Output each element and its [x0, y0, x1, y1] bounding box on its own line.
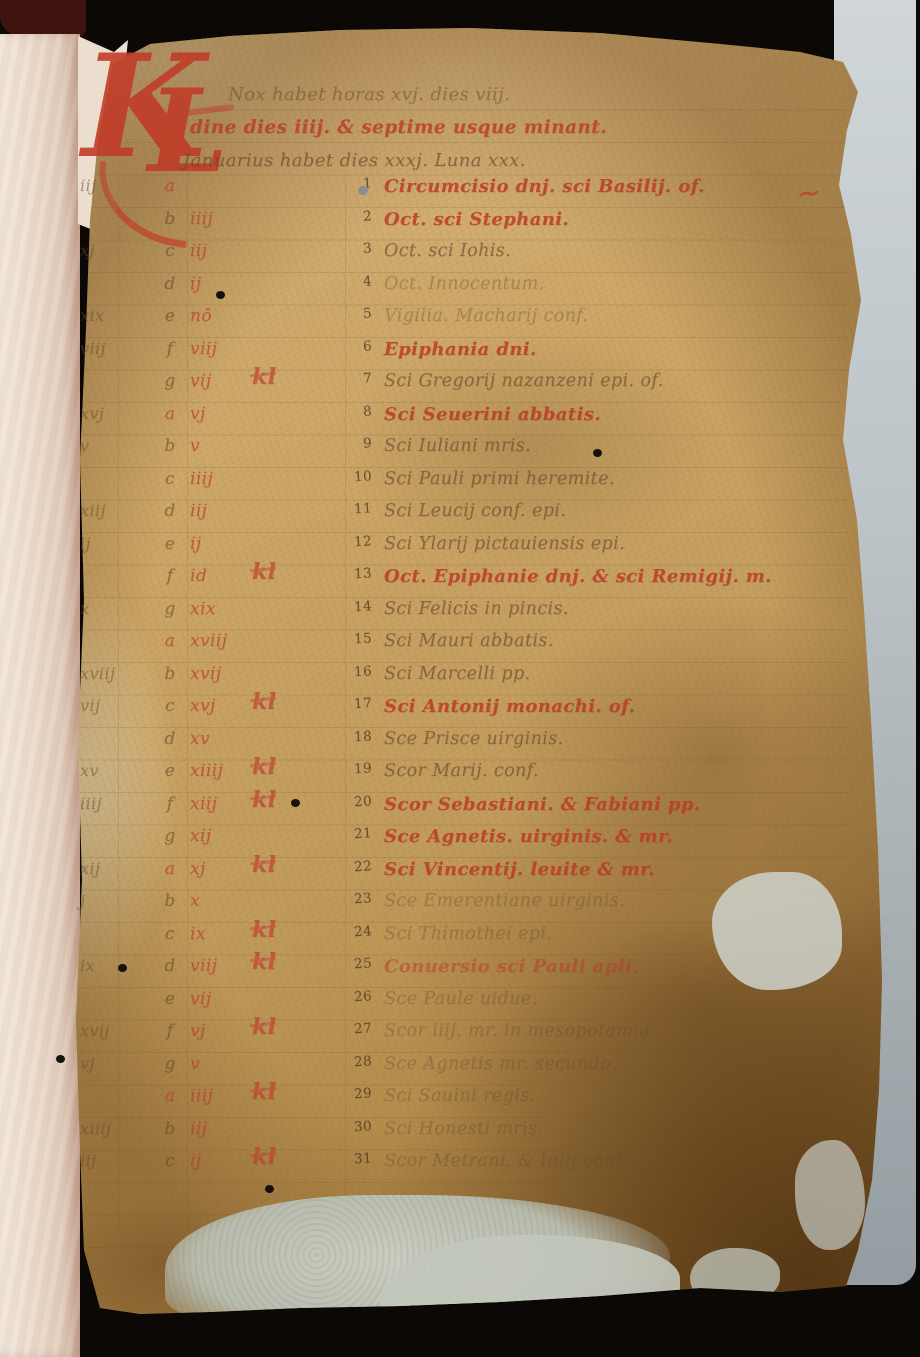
calendar-row: ix d viij kl 25 Conuersio sci Pauli apli…: [0, 956, 920, 989]
day-number: 23: [344, 890, 373, 907]
calendar-row: vj g v kl 28 Sce Agnetis mr. secundo.: [0, 1054, 920, 1087]
dominical-letter: a: [157, 859, 183, 879]
day-number: 24: [344, 923, 373, 940]
wormhole: [118, 964, 127, 972]
dominical-letter: a: [157, 631, 183, 651]
dominical-letter: c: [157, 1151, 183, 1171]
feast-entry: Sce Agnetis. uirginis. & mr.: [384, 826, 673, 847]
day-number: 30: [344, 1118, 373, 1135]
calendar-row: b iiij kl 2 Oct. sci Stephani.: [0, 209, 920, 242]
roman-numeral: vij: [190, 371, 250, 391]
feast-entry: Sci Seuerini abbatis.: [384, 404, 601, 425]
feast-entry: Sci Marcelli pp.: [384, 664, 531, 684]
roman-numeral: ix: [190, 924, 250, 944]
feast-entry: Sci Felicis in pincis.: [384, 599, 569, 619]
day-number: 27: [344, 1020, 373, 1037]
roman-numeral: nō: [190, 306, 250, 326]
roman-numeral: id: [190, 566, 250, 586]
golden-number: xix: [80, 306, 144, 325]
grey-spot: [358, 186, 368, 195]
dominical-letter: c: [157, 469, 183, 489]
day-number: 19: [344, 760, 373, 777]
calendar-row: viij f viij kl 6 Epiphania dni.: [0, 339, 920, 372]
roman-numeral: iiij: [190, 469, 250, 489]
kl-ligature: kl: [252, 917, 276, 943]
day-number: 7: [344, 370, 373, 387]
golden-number: ix: [80, 956, 144, 975]
wormhole: [593, 449, 602, 457]
roman-numeral: xiiij: [190, 761, 250, 781]
calendar-row: a xviij kl 15 Sci Mauri abbatis.: [0, 631, 920, 664]
wormhole: [216, 291, 225, 299]
roman-numeral: vj: [190, 1021, 250, 1041]
calendar-row: xiij d iij kl 11 Sci Leucij conf. epi.: [0, 501, 920, 534]
kl-ligature: kl: [252, 689, 276, 715]
roman-numeral: iiij: [190, 1086, 250, 1106]
kl-ligature: kl: [252, 949, 276, 975]
day-number: 20: [344, 793, 373, 810]
calendar-row: g vij kl 7 Sci Gregorij nazanzeni epi. o…: [0, 371, 920, 404]
feast-entry: Sce Prisce uirginis.: [384, 729, 564, 749]
calendar-row: d ij kl 4 Oct. Innocentum.: [0, 274, 920, 307]
wormhole: [265, 1185, 274, 1193]
feast-entry: Oct. sci Iohis.: [384, 241, 511, 261]
day-number: 22: [344, 858, 373, 875]
roman-numeral: viij: [190, 339, 250, 359]
dominical-letter: g: [157, 599, 183, 619]
kl-ligature: kl: [252, 754, 276, 780]
roman-numeral: v: [190, 436, 250, 456]
roman-numeral: ij: [190, 1151, 250, 1171]
day-number: 29: [344, 1085, 373, 1102]
roman-numeral: xiij: [190, 794, 250, 814]
golden-number: xv: [80, 761, 144, 780]
day-number: 11: [344, 500, 373, 517]
dominical-letter: d: [157, 274, 183, 294]
roman-numeral: xix: [190, 599, 250, 619]
calendar-row: xij a xj kl 22 Sci Vincentij. leuite & m…: [0, 859, 920, 892]
day-number: 14: [344, 598, 373, 615]
day-number: 13: [344, 565, 373, 582]
feast-entry: Sce Agnetis mr. secundo.: [384, 1054, 617, 1074]
golden-number: xj: [80, 241, 144, 260]
day-number: 31: [344, 1150, 373, 1167]
calendar-row: iij a kl 1 Circumcisio dnj. sci Basilij.…: [0, 176, 920, 209]
golden-number: iiij: [80, 794, 144, 813]
calendar-row: xv e xiiij kl 19 Scor Marij. conf.: [0, 761, 920, 794]
dominical-letter: d: [157, 729, 183, 749]
roman-numeral: xvj: [190, 696, 250, 716]
feast-entry: Circumcisio dnj. sci Basilij. of.: [384, 176, 705, 197]
golden-number: viij: [80, 339, 144, 358]
feast-entry: Sci Thimothei epi.: [384, 924, 552, 944]
roman-numeral: vij: [190, 989, 250, 1009]
feast-entry: Scor iiij. mr. in mesopotamia.: [384, 1021, 656, 1041]
calendar-row: g xij kl 21 Sce Agnetis. uirginis. & mr.: [0, 826, 920, 859]
day-number: 26: [344, 988, 373, 1005]
kl-ligature: kl: [252, 1144, 276, 1170]
day-number: 12: [344, 533, 373, 550]
feast-entry: Oct. Epiphanie dnj. & sci Remigij. m.: [384, 566, 772, 587]
feast-entry: Sci Leucij conf. epi.: [384, 501, 566, 521]
dominical-letter: e: [157, 534, 183, 554]
golden-number: x: [80, 599, 144, 618]
calendar-rows: iij a kl 1 Circumcisio dnj. sci Basilij.…: [0, 0, 920, 1357]
dominical-letter: b: [157, 1119, 183, 1139]
roman-numeral: x: [190, 891, 250, 911]
dominical-letter: f: [157, 794, 183, 814]
dominical-letter: f: [157, 566, 183, 586]
dominical-letter: c: [157, 924, 183, 944]
golden-number: xij: [80, 859, 144, 878]
dominical-letter: f: [157, 339, 183, 359]
calendar-row: j b x kl 23 Sce Emerentiane uirginis.: [0, 891, 920, 924]
dominical-letter: b: [157, 436, 183, 456]
kl-ligature: kl: [252, 852, 276, 878]
dominical-letter: a: [157, 1086, 183, 1106]
golden-number: iij: [80, 1151, 144, 1170]
dominical-letter: d: [157, 501, 183, 521]
feast-entry: Conuersio sci Pauli apli.: [384, 956, 639, 977]
dominical-letter: d: [157, 956, 183, 976]
day-number: 28: [344, 1053, 373, 1070]
calendar-row: f id kl 13 Oct. Epiphanie dnj. & sci Rem…: [0, 566, 920, 599]
day-number: 15: [344, 630, 373, 647]
calendar-row: iiij f xiij kl 20 Scor Sebastiani. & Fab…: [0, 794, 920, 827]
calendar-row: c iiij kl 10 Sci Pauli primi heremite.: [0, 469, 920, 502]
roman-numeral: ij: [190, 534, 250, 554]
calendar-row: iij c ij kl 31 Scor Metrani. & Iulij con…: [0, 1151, 920, 1184]
feast-entry: Sci Iuliani mris.: [384, 436, 531, 456]
dominical-letter: b: [157, 664, 183, 684]
day-number: 17: [344, 695, 373, 712]
wormhole: [291, 799, 300, 807]
dominical-letter: e: [157, 761, 183, 781]
kl-ligature: kl: [252, 1014, 276, 1040]
golden-number: xiiij: [80, 1119, 144, 1138]
golden-number: xvij: [80, 1021, 144, 1040]
day-number: 6: [344, 338, 373, 355]
dominical-letter: e: [157, 989, 183, 1009]
kl-ligature: kl: [252, 559, 276, 585]
feast-entry: Sci Sauini regis.: [384, 1086, 536, 1106]
feast-entry: Sce Emerentiane uirginis.: [384, 891, 625, 911]
calendar-row: xiiij b iij kl 30 Sci Honesti mris.: [0, 1119, 920, 1152]
day-number: 18: [344, 728, 373, 745]
roman-numeral: viij: [190, 956, 250, 976]
wormhole: [56, 1055, 65, 1063]
dominical-letter: g: [157, 1054, 183, 1074]
day-number: 10: [344, 468, 373, 485]
dominical-letter: b: [157, 209, 183, 229]
roman-numeral: iij: [190, 501, 250, 521]
day-number: 5: [344, 305, 373, 322]
feast-entry: Oct. sci Stephani.: [384, 209, 569, 230]
golden-number: xiij: [80, 501, 144, 520]
golden-number: vj: [80, 1054, 144, 1073]
dominical-letter: c: [157, 696, 183, 716]
kl-ligature: kl: [252, 364, 276, 390]
feast-entry: Scor Sebastiani. & Fabiani pp.: [384, 794, 701, 815]
feast-entry: Sci Gregorij nazanzeni epi. of.: [384, 371, 664, 391]
dominical-letter: f: [157, 1021, 183, 1041]
calendar-row: v b v kl 9 Sci Iuliani mris.: [0, 436, 920, 469]
day-number: 8: [344, 403, 373, 420]
feast-entry: Sci Antonij monachi. of.: [384, 696, 635, 717]
golden-number: v: [80, 436, 144, 455]
roman-numeral: xv: [190, 729, 250, 749]
feast-entry: Oct. Innocentum.: [384, 274, 545, 294]
feast-entry: Sci Pauli primi heremite.: [384, 469, 615, 489]
dominical-letter: a: [157, 404, 183, 424]
calendar-row: ij e ij kl 12 Sci Ylarij pictauiensis ep…: [0, 534, 920, 567]
roman-numeral: iij: [190, 1119, 250, 1139]
feast-entry: Sce Paule uidue.: [384, 989, 538, 1009]
feast-entry: Vigilia. Macharij conf.: [384, 306, 589, 326]
feast-entry: Sci Honesti mris.: [384, 1119, 543, 1139]
roman-numeral: iiij: [190, 209, 250, 229]
golden-number: xviij: [80, 664, 144, 683]
dominical-letter: a: [157, 176, 183, 196]
golden-number: xvj: [80, 404, 144, 423]
feast-entry: Sci Vincentij. leuite & mr.: [384, 859, 655, 880]
calendar-row: d xv kl 18 Sce Prisce uirginis.: [0, 729, 920, 762]
dominical-letter: b: [157, 891, 183, 911]
feast-entry: Sci Ylarij pictauiensis epi.: [384, 534, 625, 554]
feast-entry: Epiphania dni.: [384, 339, 537, 360]
calendar-row: c ix kl 24 Sci Thimothei epi.: [0, 924, 920, 957]
day-number: 2: [344, 208, 373, 225]
roman-numeral: v: [190, 1054, 250, 1074]
kl-ligature: kl: [252, 1079, 276, 1105]
calendar-row: xviij b xvij kl 16 Sci Marcelli pp.: [0, 664, 920, 697]
feast-entry: Scor Marij. conf.: [384, 761, 539, 781]
calendar-row: e vij kl 26 Sce Paule uidue.: [0, 989, 920, 1022]
roman-numeral: xviij: [190, 631, 250, 651]
roman-numeral: xvij: [190, 664, 250, 684]
golden-number: iij: [80, 176, 144, 195]
calendar-row: xix e nō kl 5 Vigilia. Macharij conf.: [0, 306, 920, 339]
dominical-letter: g: [157, 826, 183, 846]
calendar-row: x g xix kl 14 Sci Felicis in pincis.: [0, 599, 920, 632]
day-number: 4: [344, 273, 373, 290]
dominical-letter: e: [157, 306, 183, 326]
golden-number: vij: [80, 696, 144, 715]
roman-numeral: iij: [190, 241, 250, 261]
kl-ligature: kl: [252, 787, 276, 813]
golden-number: ij: [80, 534, 144, 553]
day-number: 3: [344, 240, 373, 257]
calendar-row: xvj a vj kl 8 Sci Seuerini abbatis.: [0, 404, 920, 437]
calendar-row: vij c xvj kl 17 Sci Antonij monachi. of.: [0, 696, 920, 729]
calendar-row: a iiij kl 29 Sci Sauini regis.: [0, 1086, 920, 1119]
roman-numeral: xj: [190, 859, 250, 879]
dominical-letter: g: [157, 371, 183, 391]
day-number: 25: [344, 955, 373, 972]
roman-numeral: xij: [190, 826, 250, 846]
day-number: 9: [344, 435, 373, 452]
calendar-row: xj c iij kl 3 Oct. sci Iohis.: [0, 241, 920, 274]
day-number: 21: [344, 825, 373, 842]
calendar-row: xvij f vj kl 27 Scor iiij. mr. in mesopo…: [0, 1021, 920, 1054]
roman-numeral: vj: [190, 404, 250, 424]
feast-entry: Scor Metrani. & Iulij conf.: [384, 1151, 628, 1171]
golden-number: j: [80, 891, 144, 910]
day-number: 16: [344, 663, 373, 680]
dominical-letter: c: [157, 241, 183, 261]
feast-entry: Sci Mauri abbatis.: [384, 631, 554, 651]
manuscript-photo: K L Nox habet horas xvj. dies viij. dine…: [0, 0, 920, 1357]
